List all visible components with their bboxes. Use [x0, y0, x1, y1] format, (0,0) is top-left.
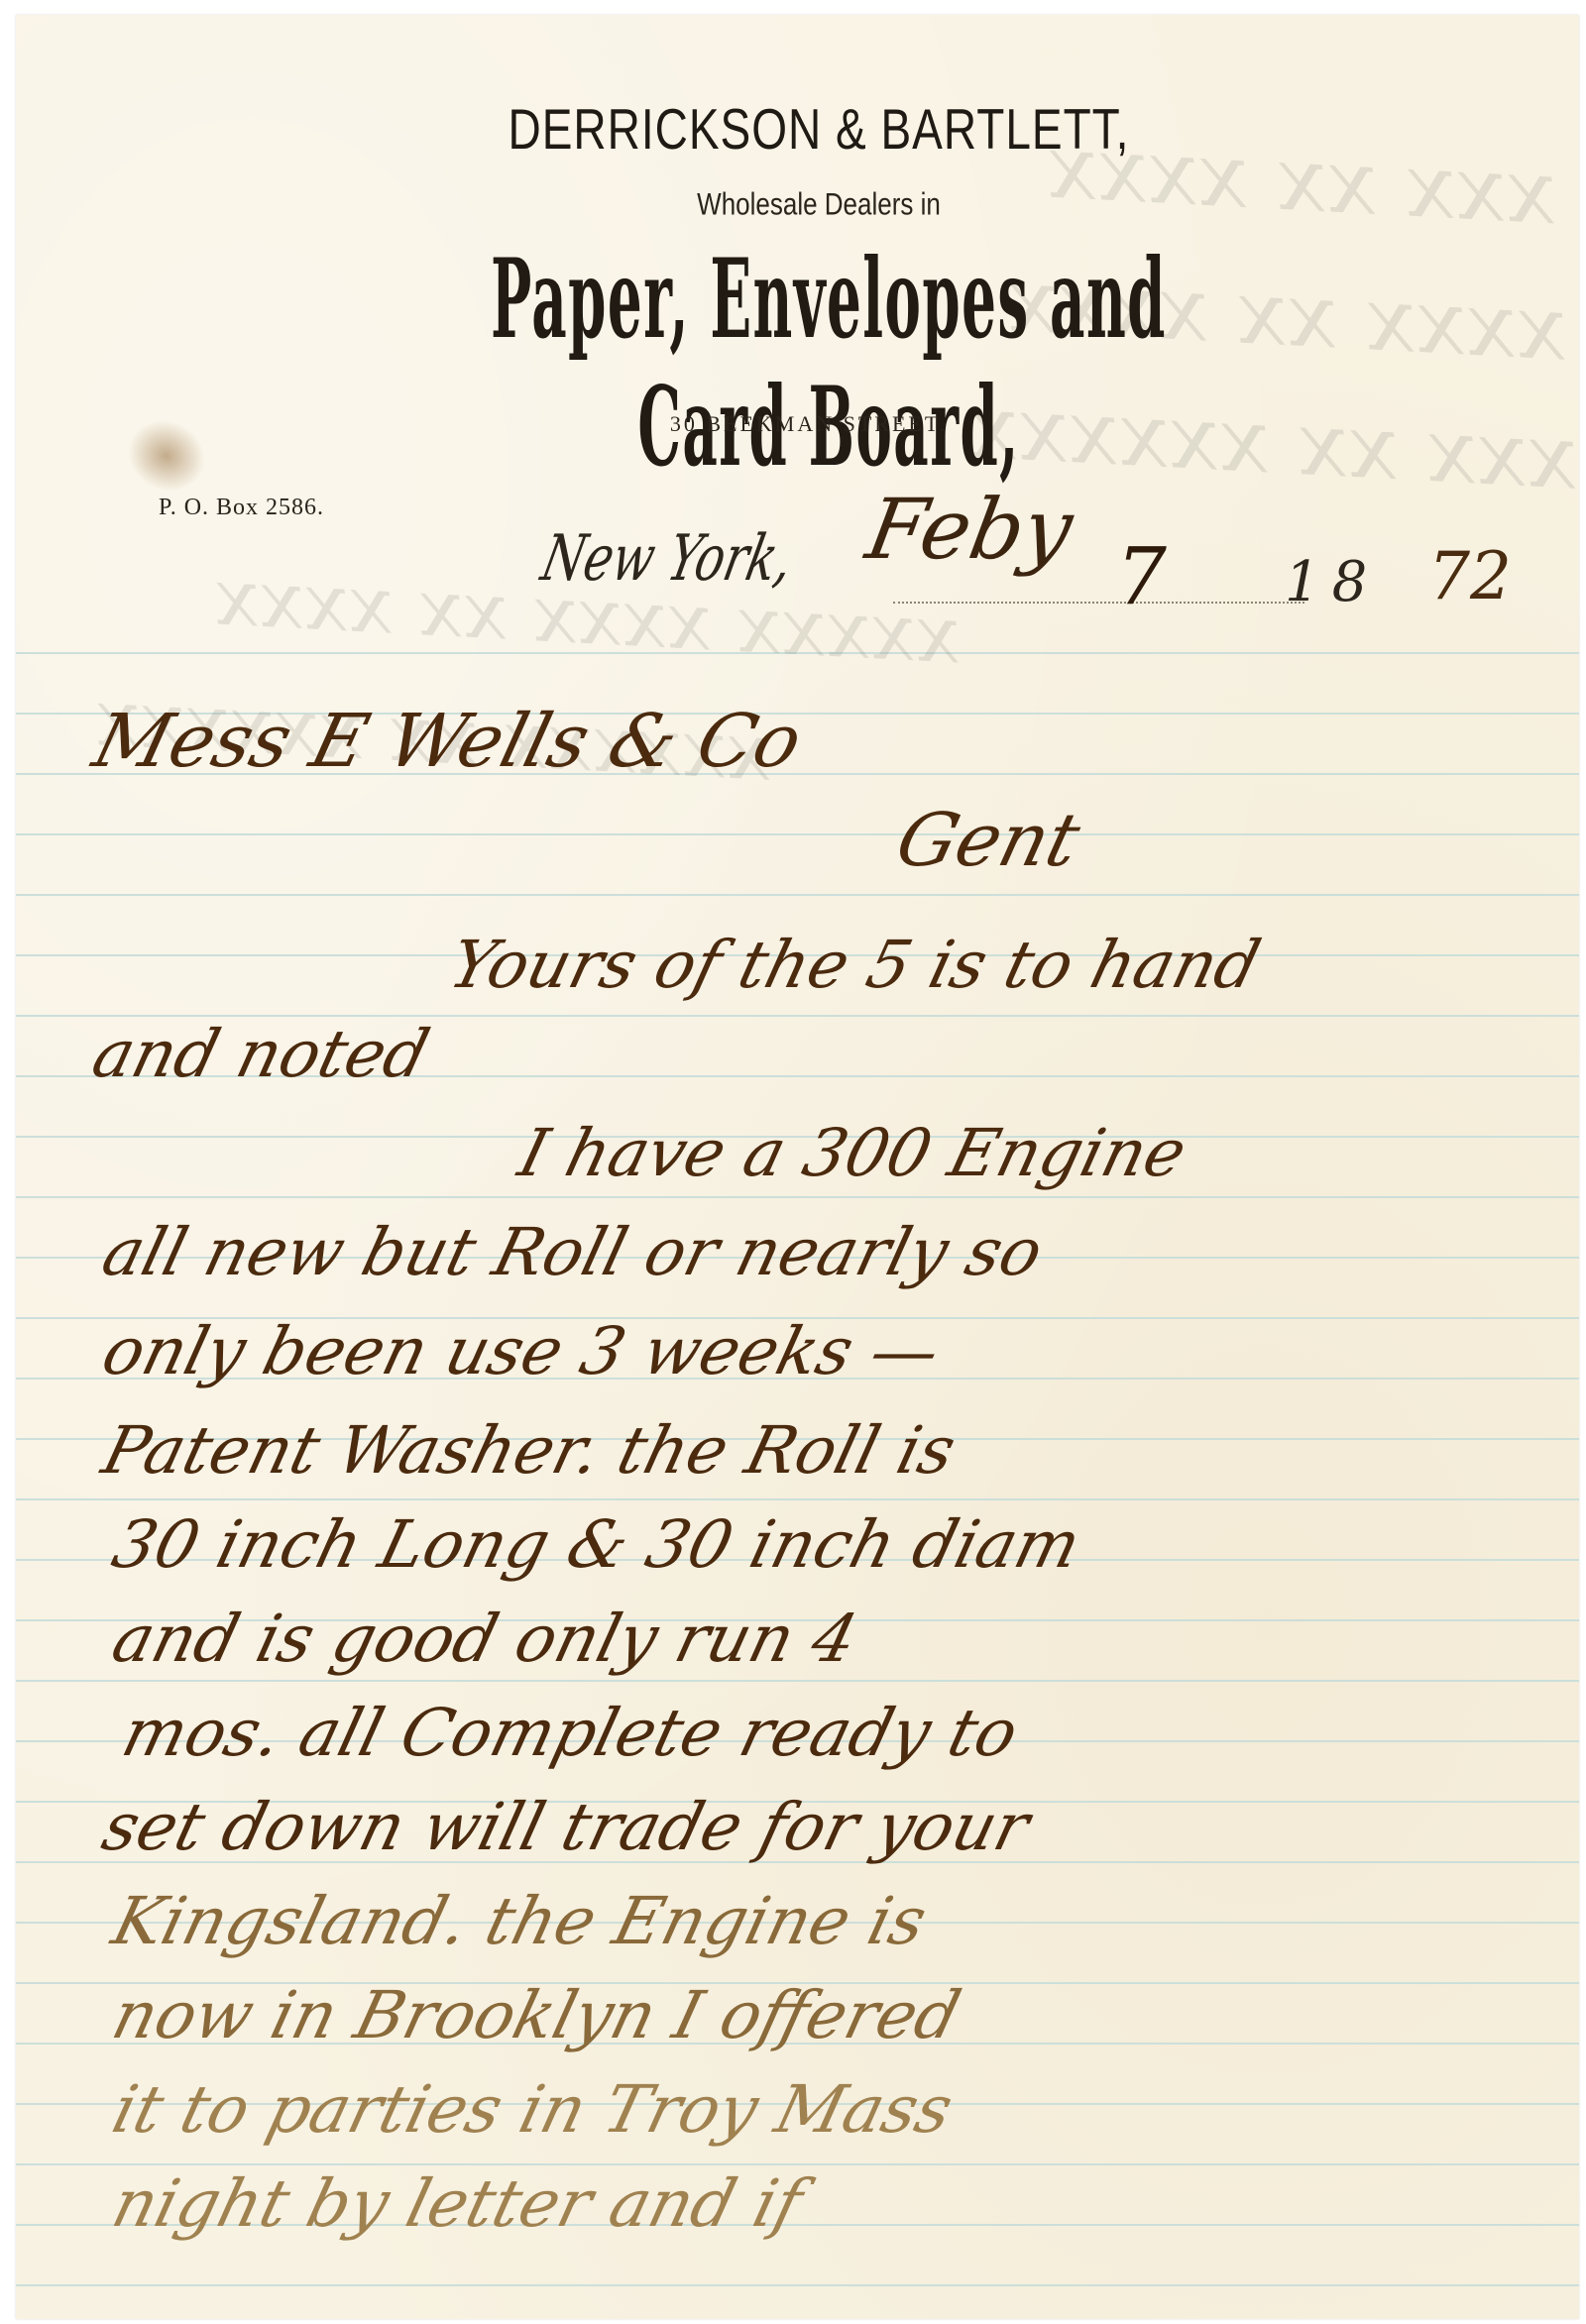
- letter-line: 30 inch Long & 30 inch diam: [105, 1506, 1088, 1583]
- letter-line: set down will trade for your: [95, 1789, 1037, 1865]
- rule-line: [16, 833, 1579, 835]
- letter-line: only been use 3 weeks —: [95, 1313, 948, 1389]
- letter-line: it to parties in Troy Mass: [105, 2071, 961, 2148]
- rule-line: [16, 894, 1579, 896]
- date-dotted-line: [893, 602, 1304, 604]
- date-day: 7: [1116, 530, 1167, 622]
- letter-line: and noted: [85, 1016, 436, 1092]
- paper-stain: [116, 407, 217, 503]
- year-printed-prefix: 18: [1285, 550, 1379, 614]
- letter-sheet: xxxx xxx xx xxxx xxxx xx xxxx xxxx xx xx…: [16, 15, 1579, 2319]
- date-month: Feby: [859, 481, 1079, 578]
- rule-line: [16, 1680, 1579, 1682]
- greeting: Gent: [888, 798, 1088, 883]
- letter-line: all new but Roll or nearly so: [95, 1214, 1050, 1290]
- letter-line: Kingsland. the Engine is: [105, 1883, 934, 1959]
- po-box: P. O. Box 2586.: [159, 495, 324, 521]
- city-name: New York,: [535, 522, 799, 596]
- letter-line: I have a 300 Engine: [511, 1115, 1193, 1191]
- tagline: Wholesale Dealers in: [571, 186, 1067, 223]
- rule-line: [16, 1498, 1579, 1500]
- salutation: Mess E Wells & Co: [85, 699, 810, 784]
- rule-line: [16, 652, 1579, 654]
- letter-line: now in Brooklyn I offered: [105, 1977, 967, 2053]
- letter-line: mos. all Complete ready to: [115, 1695, 1025, 1771]
- rule-line: [16, 1196, 1579, 1198]
- letter-line: and is good only run 4: [105, 1601, 864, 1677]
- trade-heading: Paper, Envelopes and Card Board,: [450, 235, 1206, 491]
- letter-line: night by letter and if: [105, 2165, 810, 2242]
- letter-line: Yours of the 5 is to hand: [442, 927, 1268, 1003]
- firm-name: DERRICKSON & BARTLETT,: [502, 95, 1136, 163]
- year-written-suffix: 72: [1428, 538, 1512, 614]
- letter-line: Patent Washer. the Roll is: [95, 1412, 963, 1489]
- rule-line: [16, 2284, 1579, 2286]
- street-address: 30 BEEKMAN STREET.: [571, 411, 1047, 437]
